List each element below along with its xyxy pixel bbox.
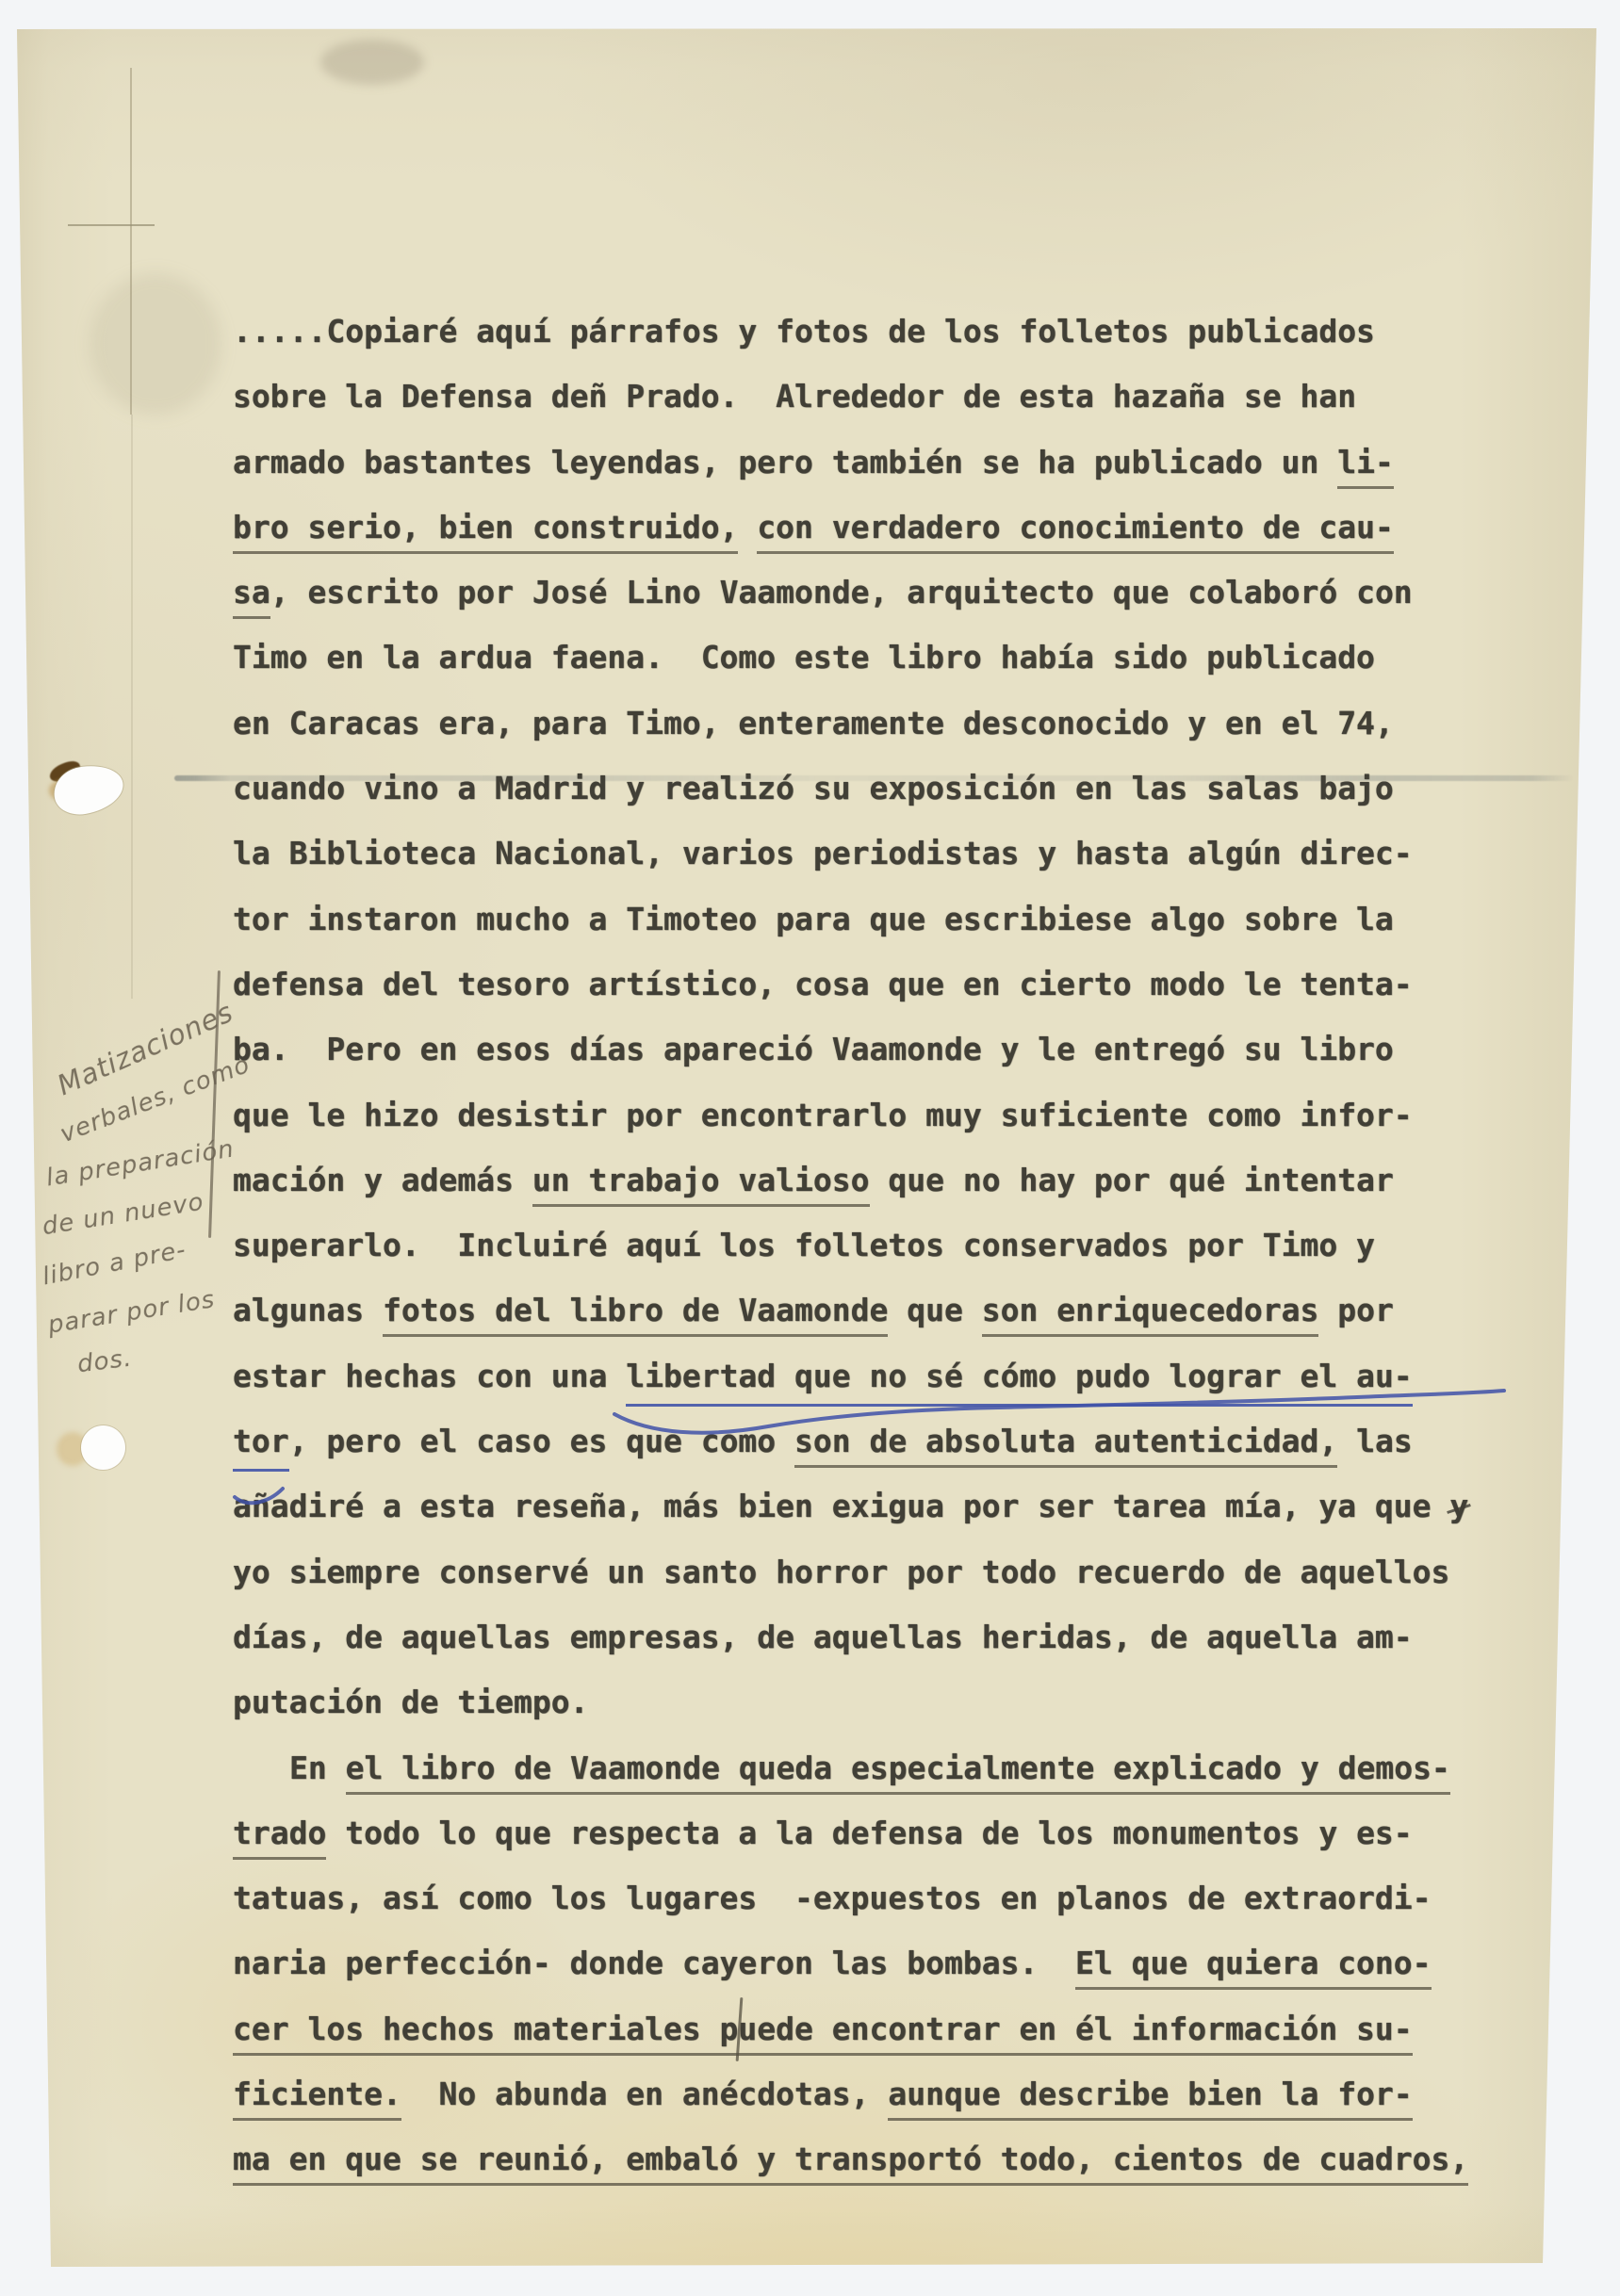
typed-text: todo lo que respecta a la defensa de los…: [326, 1815, 1412, 1851]
underlined-text: con verdadero conocimiento de cau-: [757, 509, 1394, 554]
text-line-23: En el libro de Vaamonde queda especialme…: [233, 1735, 1514, 1800]
typed-text: algunas: [233, 1292, 383, 1328]
text-line-10: tor instaron mucho a Timoteo para que es…: [233, 887, 1514, 952]
typescript-text-block: .....Copiaré aquí párrafos y fotos de lo…: [233, 299, 1514, 2192]
margin-note-line-7: dos.: [75, 1344, 133, 1379]
struck-text: y: [1449, 1488, 1468, 1524]
text-line-20: yo siempre conservé un santo horror por …: [233, 1539, 1514, 1604]
text-line-8: cuando vino a Madrid y realizó su exposi…: [233, 756, 1514, 821]
underlined-text: ma en que se reunió, embaló y transportó…: [233, 2141, 1468, 2186]
typed-text: naria perfección- donde cayeron las bomb…: [233, 1945, 1075, 1981]
typed-text: .....Copiaré aquí párrafos y fotos de lo…: [233, 313, 1375, 350]
underlined-text: bro serio, bien construido,: [233, 509, 738, 554]
underlined-text: son de absoluta autenticidad,: [794, 1423, 1337, 1468]
typed-text: En: [289, 1750, 346, 1786]
text-line-22: putación de tiempo.: [233, 1669, 1514, 1734]
text-line-18: tor, pero el caso es que como son de abs…: [233, 1409, 1514, 1474]
typed-text: tor instaron mucho a Timoteo para que es…: [233, 901, 1394, 937]
typed-text: que le hizo desistir por encontrarlo muy…: [233, 1097, 1413, 1133]
margin-note-line-6: parar por los: [46, 1285, 218, 1340]
text-line-11: defensa del tesoro artístico, cosa que e…: [233, 952, 1514, 1017]
paper-sheet: .....Copiaré aquí párrafos y fotos de lo…: [0, 0, 1620, 2296]
text-line-27: cer los hechos materiales puede encontra…: [233, 1996, 1514, 2061]
text-line-15: superarlo. Incluiré aquí los folletos co…: [233, 1213, 1514, 1278]
typed-text: añadiré a esta reseña, más bien exigua p…: [233, 1488, 1449, 1524]
underlined-text: trado: [233, 1815, 326, 1860]
underlined-text: un trabajo valioso: [532, 1162, 870, 1207]
typed-text: sobre la Defensa deñ Prado. Alrededor de…: [233, 378, 1356, 415]
typed-text: las: [1337, 1423, 1412, 1459]
margin-note-line-5: libro a pre-: [41, 1236, 188, 1292]
typed-text: que no hay por qué intentar: [870, 1162, 1394, 1198]
underlined-text: tor: [233, 1423, 289, 1472]
text-line-24: trado todo lo que respecta a la defensa …: [233, 1800, 1514, 1865]
paper-stain: [90, 273, 221, 415]
typed-text: cuando vino a Madrid y realizó su exposi…: [233, 770, 1394, 806]
typed-text: días, de aquellas empresas, de aquellas …: [233, 1619, 1413, 1655]
hole-punch-bottom: [81, 1425, 125, 1470]
text-line-13: que le hizo desistir por encontrarlo muy…: [233, 1083, 1514, 1148]
typed-text: por: [1318, 1292, 1393, 1328]
vertical-fold-mark-faint: [131, 415, 133, 999]
underlined-text: cer los hechos materiales puede encontra…: [233, 2011, 1413, 2056]
pencil-smudge: [320, 40, 424, 85]
underlined-text: libertad que no sé cómo pudo lograr el a…: [626, 1358, 1412, 1407]
underlined-text: fotos del libro de Vaamonde: [383, 1292, 888, 1337]
typed-text: la Biblioteca Nacional, varios periodist…: [233, 835, 1413, 871]
text-line-17: estar hechas con una libertad que no sé …: [233, 1343, 1514, 1409]
typed-text: tatuas, así como los lugares -expuestos …: [233, 1880, 1432, 1916]
text-line-2: sobre la Defensa deñ Prado. Alrededor de…: [233, 364, 1514, 429]
underlined-text: li-: [1337, 444, 1394, 489]
text-line-19: añadiré a esta reseña, más bien exigua p…: [233, 1474, 1514, 1539]
typed-text: No abunda en anécdotas,: [401, 2076, 889, 2112]
underlined-text: el libro de Vaamonde queda especialmente…: [346, 1750, 1450, 1795]
typed-text: ba. Pero en esos días apareció Vaamonde …: [233, 1031, 1394, 1067]
text-line-16: algunas fotos del libro de Vaamonde que …: [233, 1278, 1514, 1343]
typed-text: , pero el caso es que como: [289, 1423, 794, 1459]
typed-text: estar hechas con una: [233, 1358, 626, 1394]
text-line-5: sa, escrito por José Lino Vaamonde, arqu…: [233, 560, 1514, 625]
margin-note-line-4: de un nuevo: [41, 1188, 206, 1242]
scanned-document-page: { "page": { "kind": "scanned typewritten…: [0, 0, 1620, 2296]
typed-text: que: [888, 1292, 981, 1328]
typed-text: [738, 509, 757, 546]
underlined-text: son enriquecedoras: [982, 1292, 1319, 1337]
typed-text: en Caracas era, para Timo, enteramente d…: [233, 705, 1394, 741]
typed-text: putación de tiempo.: [233, 1684, 589, 1720]
text-line-28: ficiente. No abunda en anécdotas, aunque…: [233, 2061, 1514, 2126]
text-line-29: ma en que se reunió, embaló y transportó…: [233, 2126, 1514, 2191]
text-line-6: Timo en la ardua faena. Como este libro …: [233, 625, 1514, 690]
horizontal-fold-mark: [68, 224, 155, 226]
text-line-3: armado bastantes leyendas, pero también …: [233, 430, 1514, 495]
underlined-text: ficiente.: [233, 2076, 401, 2121]
text-line-25: tatuas, así como los lugares -expuestos …: [233, 1865, 1514, 1930]
typed-text: superarlo. Incluiré aquí los folletos co…: [233, 1227, 1375, 1263]
text-line-14: mación y además un trabajo valioso que n…: [233, 1148, 1514, 1213]
typed-text: , escrito por José Lino Vaamonde, arquit…: [270, 574, 1413, 611]
underlined-text: El que quiera cono-: [1075, 1945, 1432, 1990]
text-line-12: ba. Pero en esos días apareció Vaamonde …: [233, 1017, 1514, 1082]
text-line-9: la Biblioteca Nacional, varios periodist…: [233, 821, 1514, 886]
underlined-text: sa: [233, 574, 270, 619]
text-line-1: .....Copiaré aquí párrafos y fotos de lo…: [233, 299, 1514, 364]
typed-text: yo siempre conservé un santo horror por …: [233, 1554, 1449, 1590]
text-line-7: en Caracas era, para Timo, enteramente d…: [233, 691, 1514, 756]
typed-text: armado bastantes leyendas, pero también …: [233, 444, 1337, 480]
underlined-text: aunque describe bien la for-: [888, 2076, 1412, 2121]
typed-text: Timo en la ardua faena. Como este libro …: [233, 639, 1375, 676]
typed-text: mación y además: [233, 1162, 532, 1198]
text-line-21: días, de aquellas empresas, de aquellas …: [233, 1604, 1514, 1669]
text-line-26: naria perfección- donde cayeron las bomb…: [233, 1930, 1514, 1995]
typed-text: defensa del tesoro artístico, cosa que e…: [233, 966, 1413, 1002]
text-line-4: bro serio, bien construido, con verdader…: [233, 495, 1514, 560]
